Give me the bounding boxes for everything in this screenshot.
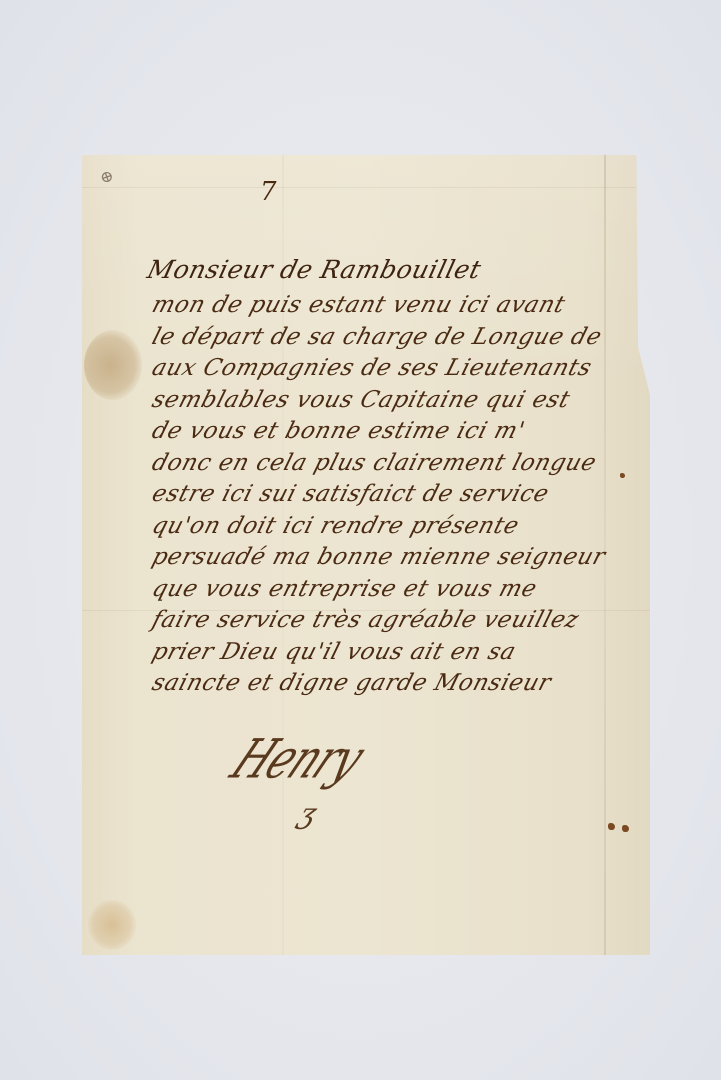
- letter-line: prier Dieu qu'il vous ait en sa: [148, 637, 657, 669]
- letter-line: mon de puis estant venu ici avant: [148, 290, 657, 322]
- salutation: Monsieur de Rambouillet: [144, 255, 651, 284]
- water-stain-bottom-left: [88, 900, 136, 950]
- water-stain-left: [84, 330, 142, 400]
- letter-line: le départ de sa charge de Longue de: [148, 322, 657, 354]
- letter-line: qu'on doit ici rendre présente: [148, 511, 657, 543]
- letter-line: donc en cela plus clairement longue: [148, 448, 657, 480]
- letter-line: semblables vous Capitaine qui est: [148, 385, 657, 417]
- letter-line: saincte et digne garde Monsieur: [148, 668, 657, 700]
- letter-body: Monsieur de Rambouillet mon de puis esta…: [148, 255, 648, 700]
- letter-line: persuadé ma bonne mienne seigneur: [148, 542, 657, 574]
- archive-mark-icon: ⊕: [97, 165, 116, 187]
- letter-line: que vous entreprise et vous me: [148, 574, 657, 606]
- ink-blot: [622, 825, 629, 832]
- ink-blot: [608, 823, 615, 830]
- page-number: 7: [260, 177, 277, 207]
- signature: Henry: [220, 729, 374, 791]
- letter-line: faire service très agréable veuillez: [148, 605, 657, 637]
- letter-line: aux Compagnies de ses Lieutenants: [148, 353, 657, 385]
- letter-line: de vous et bonne estime ici m': [148, 416, 657, 448]
- fold-crease-top: [82, 187, 650, 188]
- letter-sheet: ⊕ 7 Monsieur de Rambouillet mon de puis …: [82, 155, 650, 955]
- letter-line: estre ici sui satisfaict de service: [148, 479, 657, 511]
- signature-flourish: ʒ: [294, 797, 322, 830]
